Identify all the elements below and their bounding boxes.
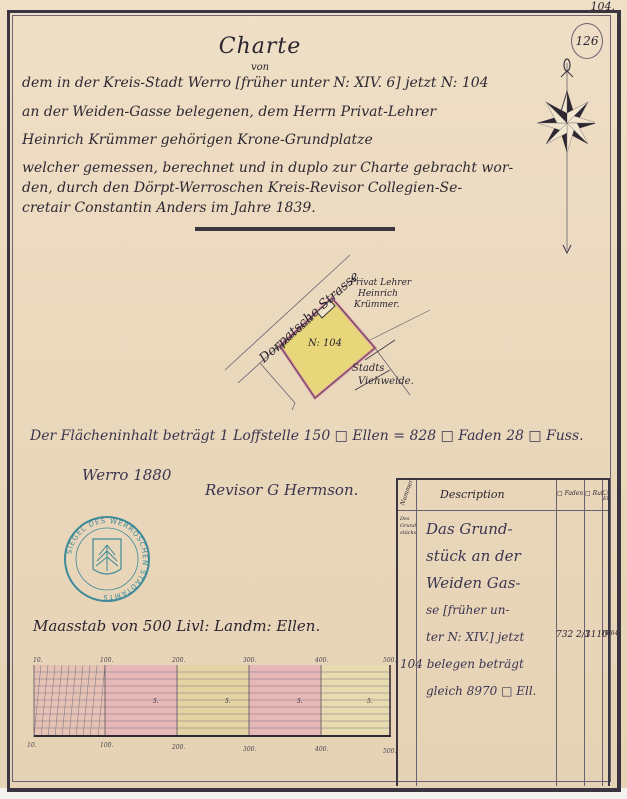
page-number: 104. [591, 0, 616, 13]
scale-tick: 400. [315, 657, 328, 664]
body-line-5: den, durch den Dörpt-Werroschen Kreis-Re… [22, 180, 462, 196]
signature: Revisor G Hermson. [205, 481, 358, 499]
scale-tick: 300. [243, 657, 256, 664]
document-subtitle: von [0, 62, 520, 73]
scale-tick: 500. [383, 748, 396, 755]
official-seal: SIEGEL DES WERROSCHEN STADTAMTS [63, 515, 151, 603]
row-number-label: Des Grund- stücks [400, 516, 418, 537]
scale-tick: 400. [315, 746, 328, 753]
title-underline [195, 227, 395, 231]
header-description: Description [440, 488, 505, 501]
header-number: Nummer [399, 479, 415, 507]
body-line-6: cretair Constantin Anders im Jahre 1839. [22, 200, 316, 216]
scale-tick: 10. [27, 742, 37, 749]
header-faden: □ Faden [557, 490, 583, 497]
body-line-4: welcher gemessen, berechnet und in duplo… [22, 160, 513, 176]
description-text: Das Grund- stück an der Weiden Gas- se [… [426, 516, 556, 705]
header-ellen: □ Ell. [603, 490, 611, 502]
parcel-map: Dorpatsche Strasse Weiden-Gasse N: 104 P… [200, 240, 450, 415]
compass-rose-icon [535, 55, 595, 255]
scale-bar: 5. 5. 5. 5. [28, 665, 391, 737]
segment-label: 5. [367, 698, 373, 705]
place-year: Werro 1880 [82, 466, 171, 484]
body-line-3: Heinrich Krümmer gehörigen Krone-Grundpl… [22, 132, 373, 148]
body-line-2: an der Weiden-Gasse belegenen, dem Herrn… [22, 104, 436, 120]
pasture-label: Stadts Viehweide. [352, 362, 414, 388]
archive-number: 126 [571, 23, 603, 59]
scale-tick: 200. [172, 657, 185, 664]
scale-tick: 200. [172, 744, 185, 751]
segment-label: 5. [153, 698, 159, 705]
segment-label: 5. [297, 698, 303, 705]
owner-label: Privat Lehrer Heinrich Krümmer. [350, 278, 411, 311]
scale-tick: 500. [383, 657, 396, 664]
segment-label: 5. [225, 698, 231, 705]
ellen-value: 10/64 [601, 630, 618, 637]
document-title: Charte [0, 34, 520, 59]
tree-icon [96, 545, 118, 571]
scale-tick: 100. [100, 657, 113, 664]
scale-tick: 300. [243, 746, 256, 753]
area-statement: Der Flächeninhalt beträgt 1 Loffstelle 1… [30, 428, 584, 444]
scale-tick: 100. [100, 742, 113, 749]
header-divider [398, 510, 608, 511]
parcel-number-label: N: 104 [308, 338, 342, 349]
scale-tick: 10. [33, 657, 43, 664]
scale-title: Maasstab von 500 Livl: Landm: Ellen. [33, 617, 320, 635]
body-line-1: dem in der Kreis-Stadt Werro [früher unt… [22, 75, 489, 91]
description-table: Nummer Description □ Faden □ Rut. □ Ell.… [396, 478, 610, 786]
